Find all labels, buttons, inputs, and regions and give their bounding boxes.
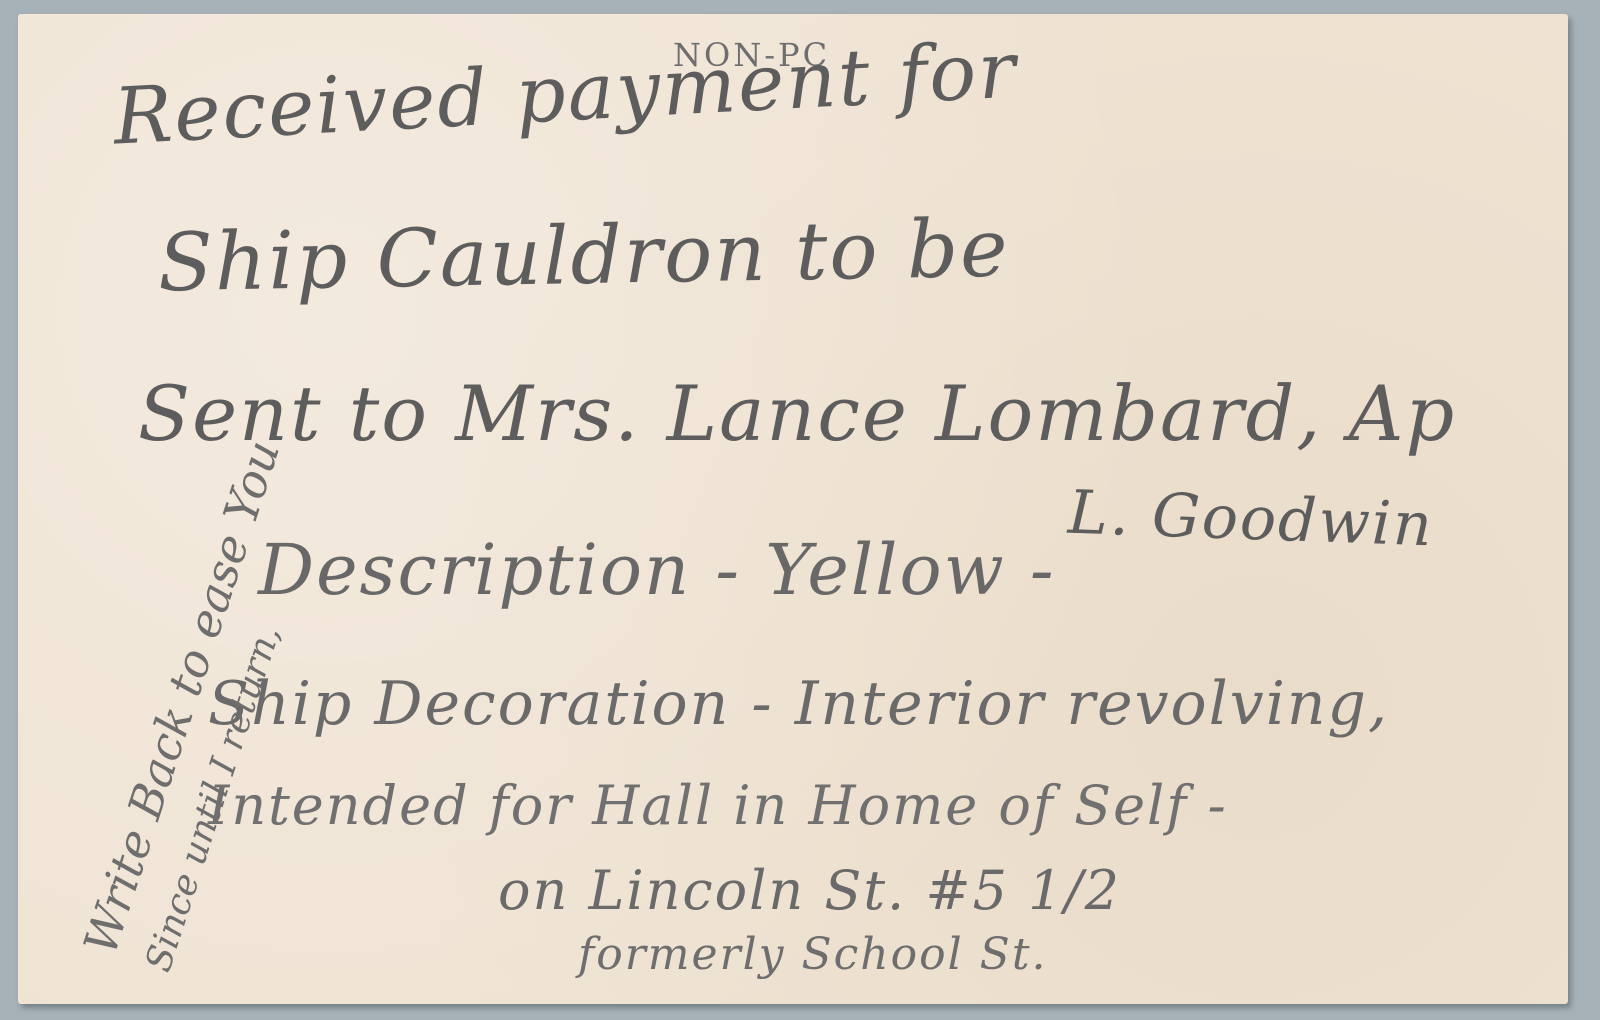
handwritten-line-4: L. Goodwin (1067, 478, 1435, 561)
handwritten-line-2: Ship Cauldron to be (157, 202, 1010, 310)
handwritten-line-1: Received payment for (111, 25, 1019, 162)
handwritten-line-3: Sent to Mrs. Lance Lombard, Ap (138, 369, 1456, 458)
postcard: NON-PC Received payment for Ship Cauldro… (18, 14, 1568, 1004)
handwritten-line-5: Description - Yellow - (258, 529, 1056, 611)
handwritten-line-9: formerly School St. (578, 929, 1048, 980)
handwritten-line-8: on Lincoln St. #5 1/2 (498, 859, 1121, 922)
handwritten-line-6: Ship Decoration - Interior revolving, (208, 669, 1389, 739)
handwritten-line-7: Intended for Hall in Home of Self - (208, 774, 1228, 837)
